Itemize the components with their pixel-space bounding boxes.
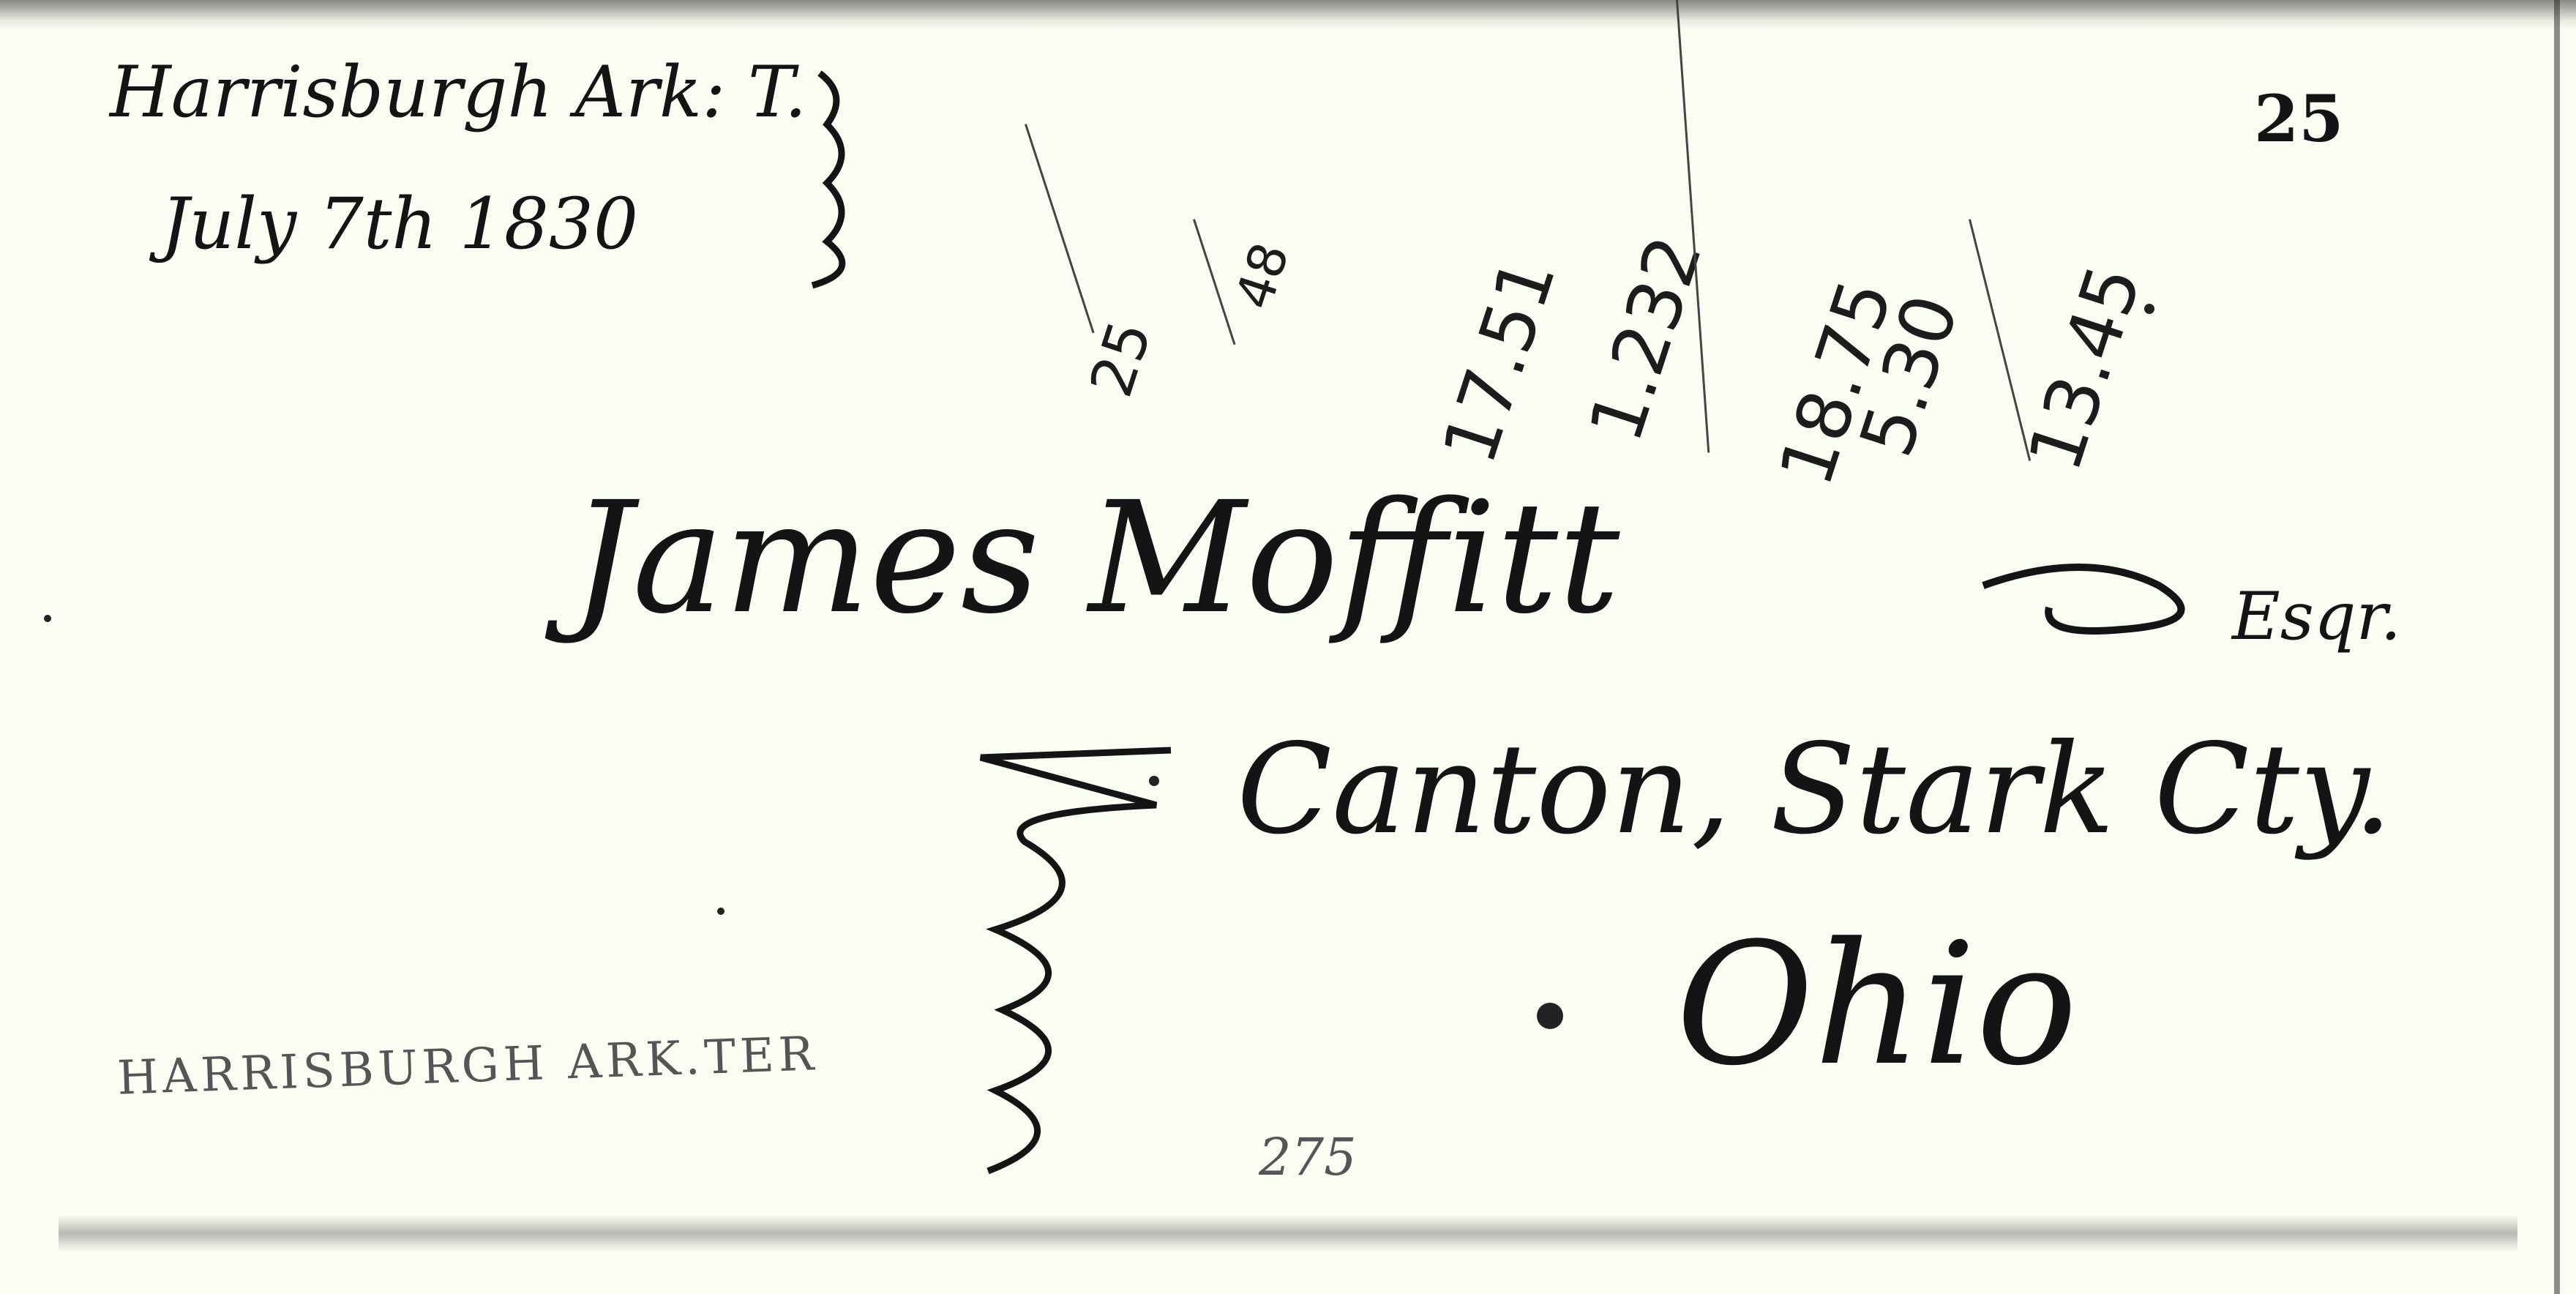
pencil-note: 275: [1259, 1127, 1357, 1187]
tally-rule: [1025, 124, 1095, 333]
address-state: Ohio: [1676, 908, 2078, 1103]
addressee-suffix: Esqr.: [2232, 578, 2401, 655]
ink-blot: [1537, 1003, 1563, 1029]
paper-top-edge: [0, 0, 2576, 29]
postmark-text: HARRISBURGH ARK.TER: [116, 1027, 819, 1105]
address-town: Canton, Stark Cty.: [1237, 717, 2392, 862]
ink-speck: [1149, 776, 1159, 786]
bracket-flourish-icon: [805, 66, 893, 300]
tally-figure: 1.232: [1573, 226, 1719, 452]
paper-right-edge: [2554, 0, 2560, 1294]
name-flourish-icon: [1976, 556, 2239, 644]
ink-speck: [44, 615, 51, 622]
heading-date: July 7th 1830: [161, 183, 638, 265]
heading-place: Harrisburgh Ark: T.: [110, 51, 806, 133]
tally-figure: 17.51: [1426, 248, 1573, 474]
addressee-name: James Moffitt: [571, 468, 1620, 648]
tally-figure: 48: [1224, 236, 1301, 316]
paper-bottom-edge: [59, 1215, 2517, 1252]
letter-cover: Harrisburgh Ark: T. July 7th 1830 25 48 …: [0, 0, 2576, 1294]
postage-rate: 25: [2254, 81, 2343, 157]
tally-rule: [1676, 0, 1710, 452]
ink-speck: [2144, 304, 2154, 314]
tally-figure: 13.45: [2012, 255, 2158, 481]
ink-speck: [717, 908, 724, 915]
tally-rule: [1969, 219, 2031, 461]
address-bracket-icon: [966, 739, 1200, 1193]
